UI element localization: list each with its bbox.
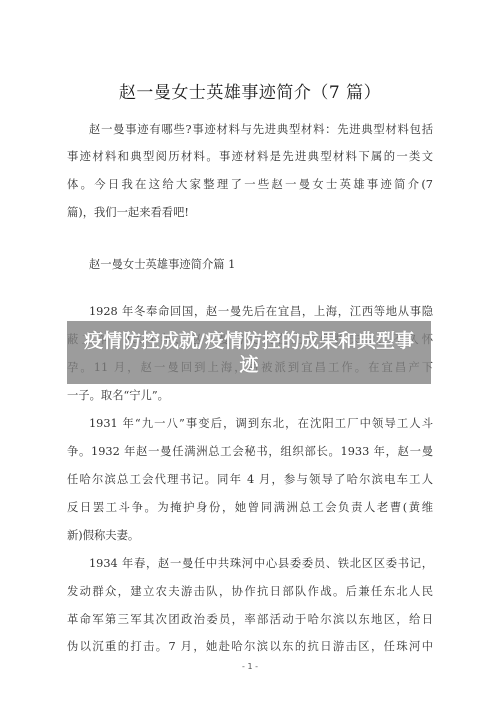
overlay-title-banner: 疫情防控成就/疫情防控的成果和典型事迹 — [67, 321, 431, 384]
body-line: 革命军第三军其次团政治委员，率部活动于哈尔滨以东地区，给日 — [67, 613, 433, 627]
page-number: - 1 - — [0, 662, 500, 671]
body-line: 争。1932 年赵一曼任满洲总工会秘书，组织部长。1933 年，赵一曼 — [67, 445, 433, 459]
intro-line: 事迹材料和典型阅历材料。事迹材料是先进典型材料下属的一类文 — [67, 150, 433, 164]
body-line: 新)假称夫妻。 — [67, 529, 433, 543]
body-line: 1934 年春，赵一曼任中共珠河中心县委委员、铁北区区委书记， — [89, 557, 433, 571]
intro-line: 篇)，我们一起来看看吧! — [67, 206, 433, 220]
intro-line: 赵一曼事迹有哪些?事迹材料与先进典型材料：先进典型材料包括 — [89, 123, 433, 137]
body-line: 1928 年冬奉命回国，赵一曼先后在宜昌，上海，江西等地从事隐 — [89, 305, 433, 319]
body-line: 1931 年“九一八”事变后，调到东北，在沈阳工厂中领导工人斗 — [89, 417, 433, 431]
body-line: 发动群众，建立农夫游击队，协作抗日部队作战。后兼任东北人民 — [67, 585, 433, 599]
body-line: 反日罢工斗争。为掩护身份，她曾同满洲总工会负责人老曹(黄维 — [67, 501, 433, 515]
body-line: 一子。取名“宁儿”。 — [67, 389, 433, 403]
overlay-title: 疫情防控成就/疫情防控的成果和典型事迹 — [84, 329, 414, 377]
body-line: 任哈尔滨总工会代理书记。同年 4 月，参与领导了哈尔滨电车工人 — [67, 473, 433, 487]
body-line: 伪以沉重的打击。7 月，她赴哈尔滨以东的抗日游击区，任珠河中 — [67, 640, 433, 654]
intro-line: 体。今日我在这给大家整理了一些赵一曼女士英雄事迹简介(7 — [67, 178, 433, 192]
document-title: 赵一曼女士英雄事迹简介（7 篇） — [0, 78, 500, 103]
document-page: 赵一曼女士英雄事迹简介（7 篇） 赵一曼事迹有哪些?事迹材料与先进典型材料：先进… — [0, 0, 500, 706]
section-heading: 赵一曼女士英雄事迹简介篇 1 — [89, 258, 235, 272]
